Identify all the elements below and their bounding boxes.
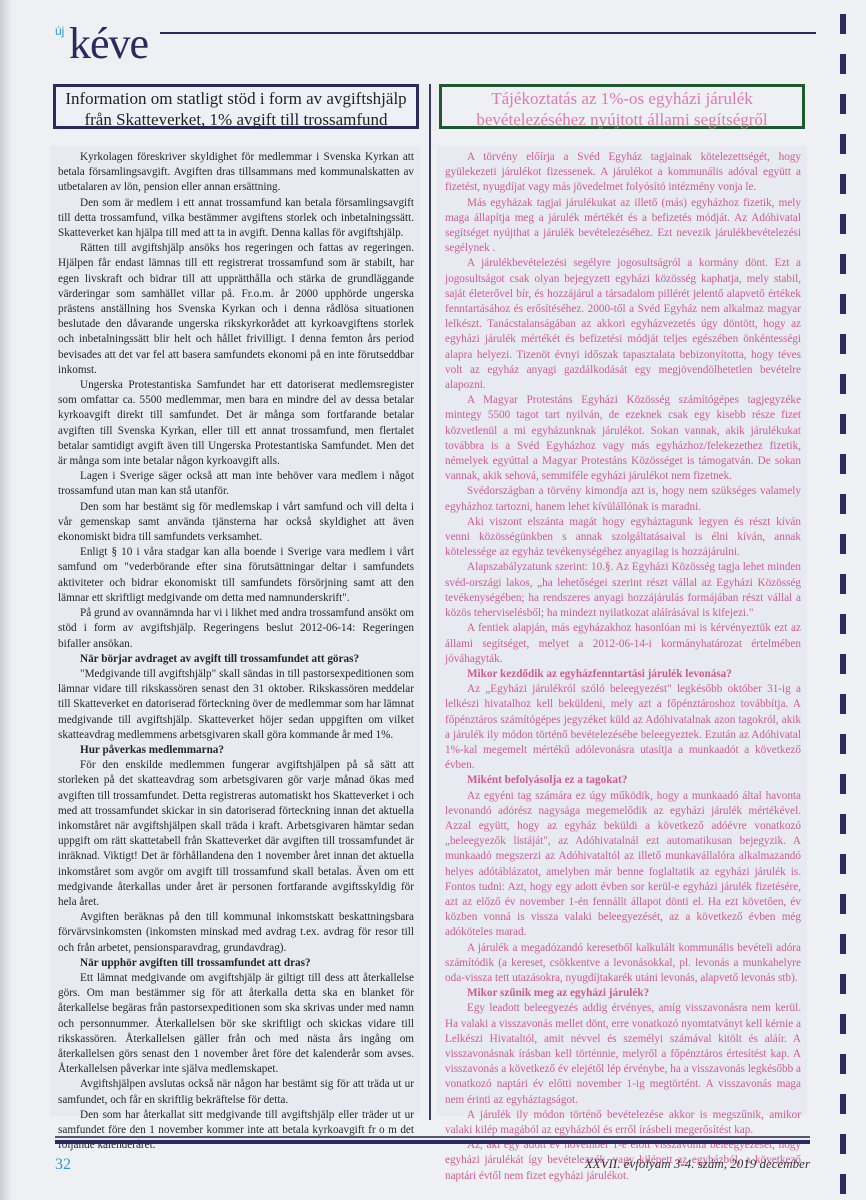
paragraph: Egy leadott beleegyezés addig érvényes, … bbox=[445, 1001, 801, 1107]
edge-mark bbox=[840, 814, 846, 834]
section-heading: Mikor kezdődik az egyházfenntartási járu… bbox=[445, 667, 801, 682]
paragraph: Az egyéni tag számára ez úgy működik, ho… bbox=[445, 789, 801, 941]
edge-mark bbox=[840, 974, 846, 994]
edge-mark bbox=[840, 374, 846, 394]
paragraph: A törvény előírja a Svéd Egyház tagjaina… bbox=[445, 150, 801, 196]
edge-mark bbox=[840, 14, 846, 34]
edge-mark bbox=[840, 294, 846, 314]
section-heading: När börjar avdraget av avgift till tross… bbox=[58, 652, 414, 667]
edge-mark bbox=[840, 494, 846, 514]
edge-mark bbox=[840, 654, 846, 674]
edge-mark bbox=[840, 454, 846, 474]
paragraph: A járulék a megadózandó keresetből kalku… bbox=[445, 941, 801, 987]
edge-mark bbox=[840, 1054, 846, 1074]
paragraph: Avgiftshjälpen avslutas också när någon … bbox=[58, 1077, 414, 1107]
edge-mark bbox=[840, 1014, 846, 1034]
edge-mark bbox=[840, 534, 846, 554]
edge-mark bbox=[840, 934, 846, 954]
paragraph: Aki viszont elszánta magát hogy egyházta… bbox=[445, 515, 801, 561]
hungarian-article-body: A törvény előírja a Svéd Egyház tagjaina… bbox=[437, 146, 807, 1116]
paragraph: Rätten till avgiftshjälp ansöks hos rege… bbox=[58, 241, 414, 378]
edge-mark bbox=[840, 334, 846, 354]
paragraph: Den som är medlem i ett annat trossamfun… bbox=[58, 196, 414, 242]
paragraph: Avgiften beräknas på den till kommunal i… bbox=[58, 910, 414, 956]
edge-mark bbox=[840, 54, 846, 74]
edge-mark bbox=[840, 614, 846, 634]
edge-mark bbox=[840, 94, 846, 114]
binding-spine bbox=[0, 0, 12, 1200]
edge-mark bbox=[840, 894, 846, 914]
page-number: 32 bbox=[55, 1156, 71, 1174]
paragraph: Ungerska Protestantiska Samfundet har et… bbox=[58, 378, 414, 469]
edge-mark bbox=[840, 1134, 846, 1154]
edge-mark bbox=[840, 774, 846, 794]
hungarian-article-title: Tájékoztatás az 1%-os egyházi járulék be… bbox=[439, 84, 805, 129]
footer-rule-thin bbox=[55, 1136, 810, 1138]
paragraph: A járulékbevételezési segélyre jogosults… bbox=[445, 256, 801, 393]
edge-mark bbox=[840, 694, 846, 714]
issue-info: XXVII. évfolyam 3-4. szám, 2019 december bbox=[585, 1156, 810, 1172]
column-divider bbox=[429, 84, 431, 1120]
paragraph: Lagen i Sverige säger också att man inte… bbox=[58, 469, 414, 499]
paragraph: Más egyházak tagjai járulékukat az illet… bbox=[445, 196, 801, 257]
edge-mark bbox=[840, 734, 846, 754]
edge-mark bbox=[840, 1174, 846, 1194]
paragraph: Alapszabályzatunk szerint: 10.§. Az Egyh… bbox=[445, 560, 801, 621]
edge-mark bbox=[840, 574, 846, 594]
paragraph: A Magyar Protestáns Egyházi Közösség szá… bbox=[445, 393, 801, 484]
paragraph: För den enskilde medlemmen fungerar avgi… bbox=[58, 758, 414, 910]
edge-mark bbox=[840, 214, 846, 234]
paragraph: A járulék ily módon történő bevételezése… bbox=[445, 1108, 801, 1138]
paragraph: A fentiek alapján, más egyházakhoz hason… bbox=[445, 621, 801, 667]
footer-rule-thick bbox=[55, 1140, 810, 1144]
paragraph: Den som har bestämt sig för medlemskap i… bbox=[58, 500, 414, 546]
edge-mark bbox=[840, 1094, 846, 1114]
masthead-rule bbox=[160, 32, 816, 34]
paragraph: Az „Egyházi járulékról szóló beleegyezés… bbox=[445, 682, 801, 773]
logo-name: kéve bbox=[69, 22, 148, 66]
edge-index-marks bbox=[840, 0, 848, 1200]
section-heading: Miként befolyásolja ez a tagokat? bbox=[445, 773, 801, 788]
paragraph: Kyrkolagen föreskriver skyldighet för me… bbox=[58, 150, 414, 196]
paragraph: Enligt § 10 i våra stadgar kan alla boen… bbox=[58, 545, 414, 606]
paragraph: Svédországban a törvény kimondja azt is,… bbox=[445, 484, 801, 514]
edge-mark bbox=[840, 254, 846, 274]
masthead: új kéve bbox=[33, 10, 803, 70]
swedish-article-title: Information om statligt stöd i form av a… bbox=[53, 84, 419, 129]
edge-mark bbox=[840, 174, 846, 194]
section-heading: När upphör avgiften till trossamfundet a… bbox=[58, 956, 414, 971]
paragraph: På grund av ovannämnda har vi i likhet m… bbox=[58, 606, 414, 652]
logo-prefix: új bbox=[55, 24, 64, 38]
edge-mark bbox=[840, 134, 846, 154]
paragraph: Den som har återkallat sitt medgivande t… bbox=[58, 1108, 414, 1154]
edge-mark bbox=[840, 854, 846, 874]
paragraph: "Medgivande till avgiftshjälp" skall sän… bbox=[58, 667, 414, 743]
section-heading: Mikor szűnik meg az egyházi járulék? bbox=[445, 986, 801, 1001]
paragraph: Ett lämnat medgivande om avgiftshjälp är… bbox=[58, 971, 414, 1077]
edge-mark bbox=[840, 414, 846, 434]
section-heading: Hur påverkas medlemmarna? bbox=[58, 743, 414, 758]
swedish-article-body: Kyrkolagen föreskriver skyldighet för me… bbox=[50, 146, 420, 1116]
